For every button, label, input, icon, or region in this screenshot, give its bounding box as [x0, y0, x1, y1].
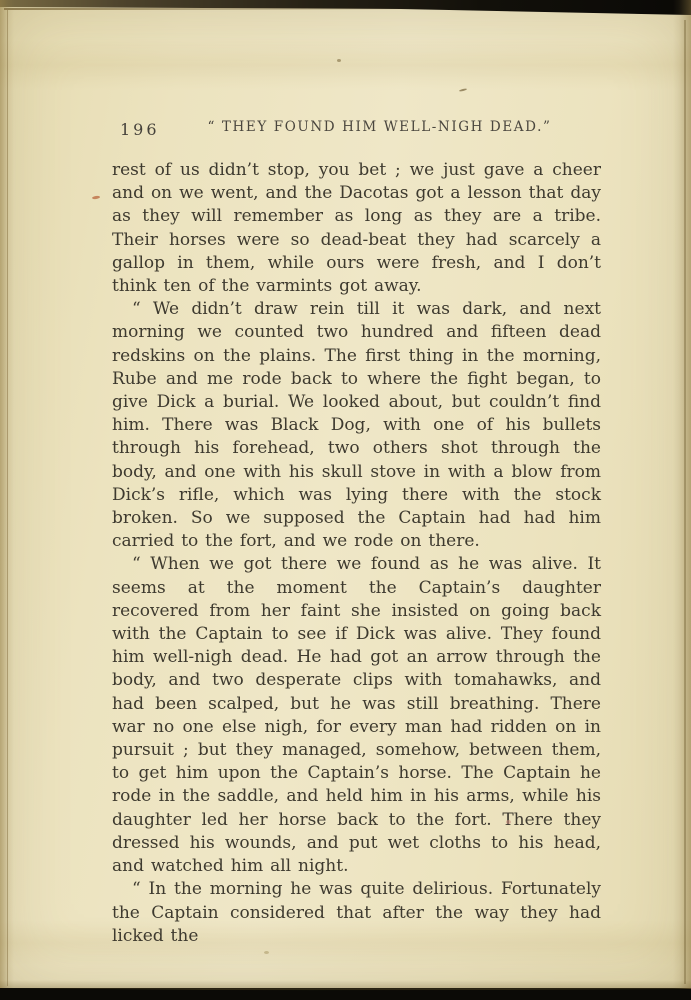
paper-speck [264, 951, 269, 954]
book-bottom-edge-shadow [0, 980, 691, 990]
page-gutter-left-line [7, 10, 8, 986]
paragraph: “ We didn’t draw rein till it was dark, … [112, 298, 601, 553]
paragraph: “ In the morning he was quite delirious.… [112, 878, 601, 948]
scanned-book-page: 196 “ THEY FOUND HIM WELL-NIGH DEAD.” re… [0, 0, 691, 1000]
paper-speck [506, 820, 511, 824]
running-header: “ THEY FOUND HIM WELL-NIGH DEAD.” [112, 119, 601, 135]
page-number: 196 [120, 120, 160, 139]
paragraph: rest of us didn’t stop, you bet ; we jus… [112, 159, 601, 298]
paper-tone-band [0, 40, 691, 90]
body-text: rest of us didn’t stop, you bet ; we jus… [112, 159, 601, 948]
book-top-edge-line [4, 8, 424, 10]
page-header: 196 “ THEY FOUND HIM WELL-NIGH DEAD.” [112, 119, 601, 141]
page-right-edge-line [684, 20, 686, 984]
paper-speck [337, 59, 341, 62]
paragraph: “ When we got there we found as he was a… [112, 553, 601, 878]
page-right-edge [673, 0, 691, 1000]
